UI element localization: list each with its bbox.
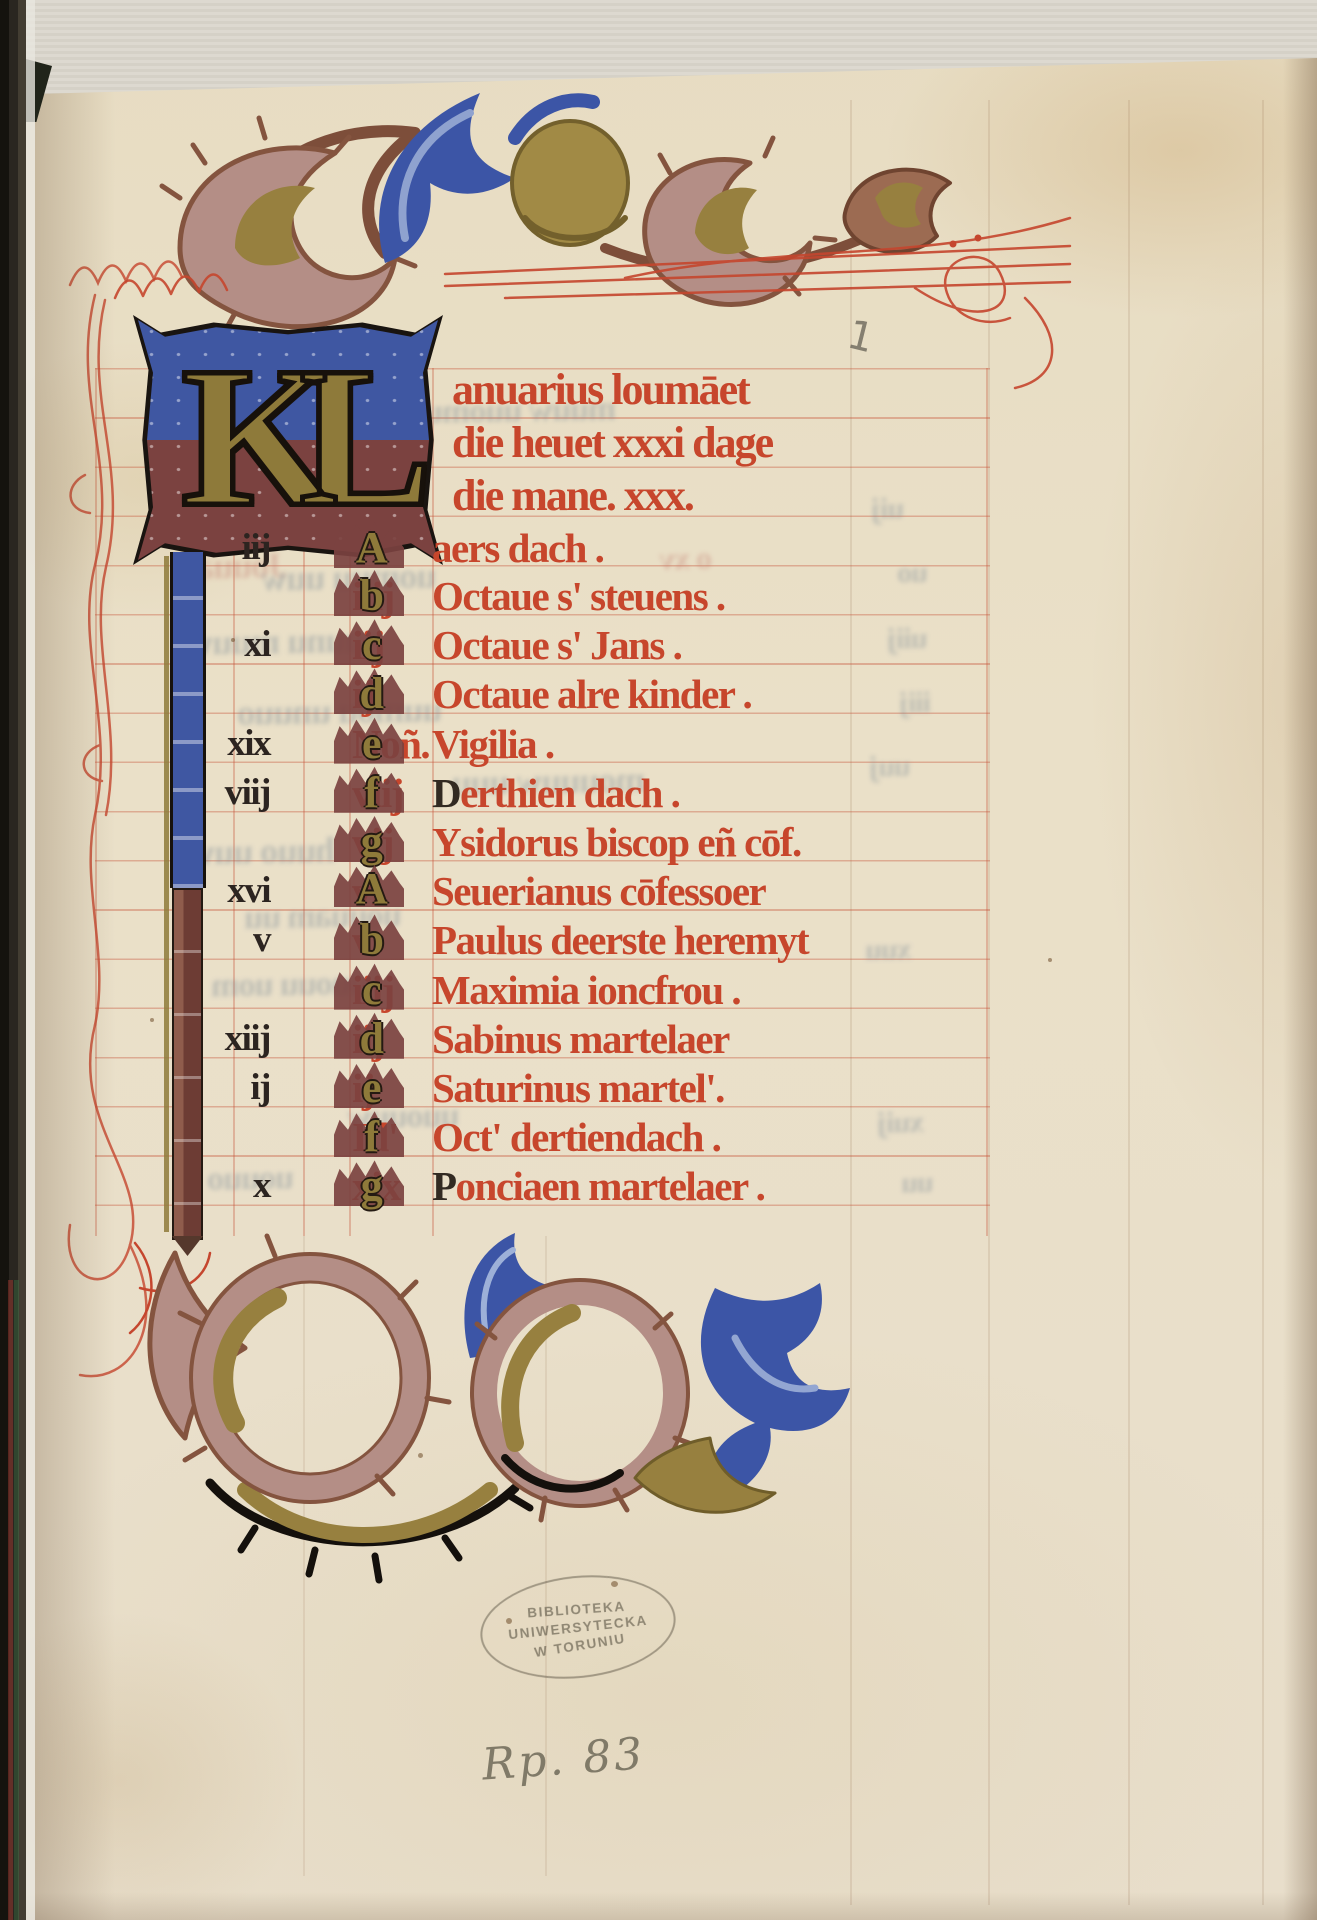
header-line-moon: die mane. xxx.	[452, 470, 693, 522]
calendar-row: xi c iij Octaue s' Jans .	[0, 621, 1010, 670]
ink-speck	[611, 1581, 618, 1587]
feast-name: Saturinus martel'.	[432, 1064, 724, 1112]
page-bottom-shadow	[0, 1892, 1317, 1920]
fore-edge-sliver	[8, 1280, 13, 1920]
ruling-vertical-pale	[1262, 100, 1264, 1905]
feast-name: Oct' dertiendach .	[432, 1113, 720, 1161]
dominical-letter: e	[332, 720, 410, 768]
dominical-letter: e	[332, 1064, 410, 1112]
calendar-row: xiij d iij Sabinus martelaer	[0, 1015, 1010, 1064]
dominical-letter: b	[332, 572, 410, 620]
dominical-letter: d	[332, 670, 410, 718]
feast-name: Paulus deerste heremyt	[432, 916, 808, 964]
feast-initial: D	[432, 770, 460, 816]
golden-number: x	[163, 1162, 270, 1210]
feast-initial: P	[432, 1163, 456, 1209]
ink-speck	[506, 1618, 512, 1624]
golden-number: v	[163, 916, 270, 964]
feast-name: Octaue s' Jans .	[432, 621, 681, 669]
feast-name: Derthien dach .	[432, 769, 679, 817]
feast-name: Ysidorus biscop eñ cōf.	[432, 818, 801, 866]
feast-name: Sabinus martelaer	[432, 1015, 729, 1063]
calendar-row: v b v Paulus deerste heremyt	[0, 916, 1010, 965]
calendar-row: x g xix Ponciaen martelaer .	[0, 1162, 1010, 1211]
ink-speck	[231, 638, 235, 642]
header-line-month: anuarius loumāet	[452, 364, 749, 416]
calendar-row: viij f viij Derthien dach .	[0, 769, 1010, 818]
dominical-letter: c	[332, 966, 410, 1014]
golden-number: xvi	[163, 867, 270, 915]
calendar-row: d ij Octaue alre kinder .	[0, 670, 1010, 719]
calendar-row: g vij Ysidorus biscop eñ cōf.	[0, 818, 1010, 867]
gutter-shadow	[35, 90, 115, 1920]
ruling-vertical-pale	[1128, 100, 1130, 1905]
calendar-row: iij A aers dach .	[0, 524, 1010, 573]
calendar-row: b iiij Octaue s' steuens .	[0, 572, 1010, 621]
feast-name: Octaue s' steuens .	[432, 572, 725, 620]
calendar-row: c iiij Maximia ioncfrou .	[0, 966, 1010, 1015]
ink-speck	[150, 1018, 154, 1022]
page-edge-shadow	[1283, 0, 1317, 1920]
calendar-row: xix e Noñ. Vigilia .	[0, 720, 1010, 769]
bottom-border-foliage	[115, 1228, 895, 1578]
dominical-letter: d	[332, 1015, 410, 1063]
dominical-letter: f	[332, 769, 410, 817]
calendar-row: ij e ij Saturinus martel'.	[0, 1064, 1010, 1113]
fore-edge-sliver	[14, 1280, 19, 1920]
calendar-row: xvi A vi Seuerianus cōfessoer	[0, 867, 1010, 916]
binding-edge	[0, 0, 26, 1920]
pencil-shelfmark: Rp. 83	[481, 1730, 647, 1789]
golden-number: iij	[163, 524, 270, 572]
ink-speck	[418, 1453, 423, 1458]
dominical-letter: c	[332, 621, 410, 669]
feast-name: Seuerianus cōfessoer	[432, 867, 765, 915]
dominical-letter: A	[332, 524, 410, 572]
dominical-letter: g	[332, 818, 410, 866]
feast-name: Maximia ioncfrou .	[432, 966, 740, 1014]
dominical-letter: f	[332, 1113, 410, 1161]
dominical-letter: A	[332, 867, 410, 911]
golden-number: ij	[163, 1064, 270, 1112]
dominical-letter: b	[332, 916, 410, 964]
dominical-letter: g	[332, 1162, 410, 1210]
binding-paper-edge	[26, 0, 35, 1920]
golden-number: xix	[163, 720, 270, 768]
kl-letters: KL	[133, 323, 443, 553]
feast-name: Ponciaen martelaer .	[432, 1162, 764, 1210]
feast-name: aers dach .	[432, 524, 603, 572]
feast-name: Vigilia .	[432, 720, 554, 768]
header-line-days: die heuet xxxi dage	[452, 417, 772, 469]
golden-number: xiij	[163, 1015, 270, 1063]
ink-speck	[1048, 958, 1052, 962]
golden-number: xi	[163, 621, 270, 669]
golden-number: viij	[163, 769, 270, 817]
feast-name: Octaue alre kinder .	[432, 670, 751, 718]
calendar-row: f Id' Oct' dertiendach .	[0, 1113, 1010, 1162]
manuscript-page-photo: muuw uuomuJouuanuomuu uuwo xvouunu muuwu…	[0, 0, 1317, 1920]
